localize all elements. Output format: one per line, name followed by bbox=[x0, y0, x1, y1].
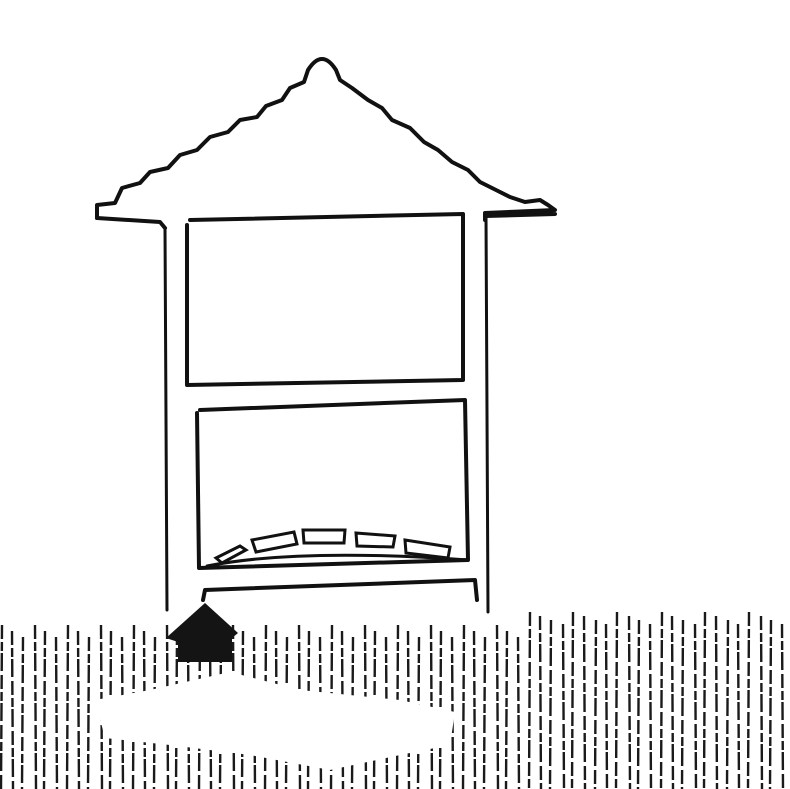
pavilion-drawing bbox=[0, 0, 790, 789]
left-post bbox=[165, 228, 167, 610]
stepped-roof bbox=[97, 59, 555, 220]
base-beam bbox=[203, 580, 477, 600]
upper-panel bbox=[187, 214, 463, 385]
right-post bbox=[486, 215, 488, 612]
roof-underside-left bbox=[97, 218, 165, 228]
blank-clearing bbox=[95, 672, 455, 770]
